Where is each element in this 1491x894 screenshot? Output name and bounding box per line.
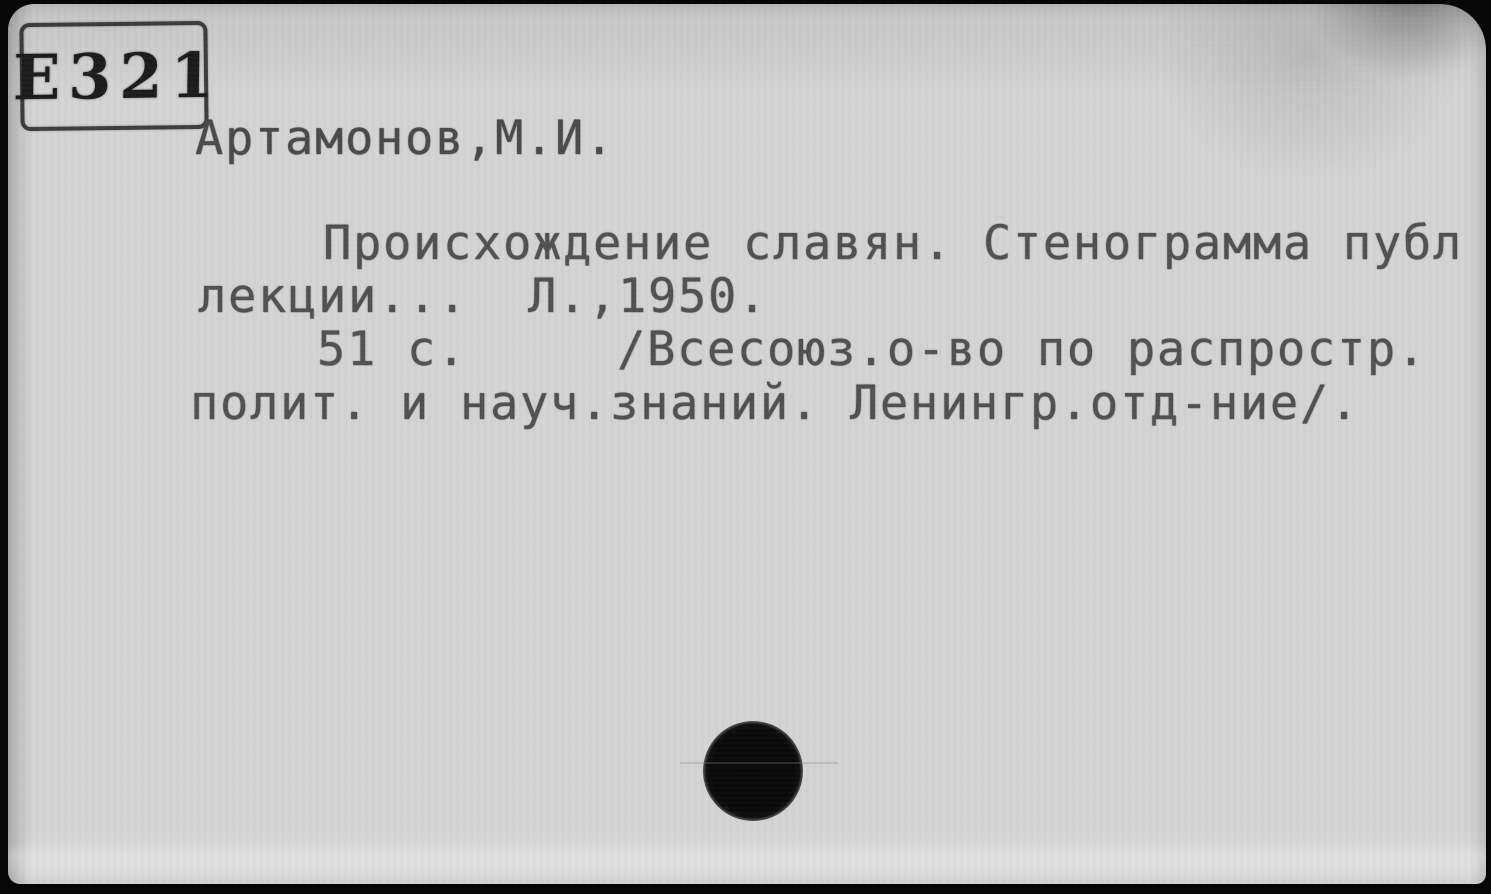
author-line: Артамонов,М.И. (195, 112, 615, 165)
call-number-stamp: Е321 (19, 21, 208, 131)
hole-punch-mark (703, 721, 803, 821)
scan-background: Е321 Артамонов,М.И. Происхождение славян… (0, 0, 1491, 894)
catalog-entry-line-1: Происхождение славян. Стенограмма публ (323, 217, 1463, 270)
catalog-entry-line-2: лекции... Л.,1950. (198, 270, 768, 323)
catalog-entry-line-3: 51 с. /Всесоюз.о-во по распростр. (317, 323, 1427, 376)
paper-wear-band (8, 842, 1486, 876)
catalog-entry-line-4: полит. и науч.знаний. Ленингр.отд-ние/. (190, 377, 1360, 430)
call-number: Е321 (8, 38, 222, 114)
scan-artifact-line (680, 762, 838, 764)
catalog-card: Е321 Артамонов,М.И. Происхождение славян… (8, 4, 1486, 884)
